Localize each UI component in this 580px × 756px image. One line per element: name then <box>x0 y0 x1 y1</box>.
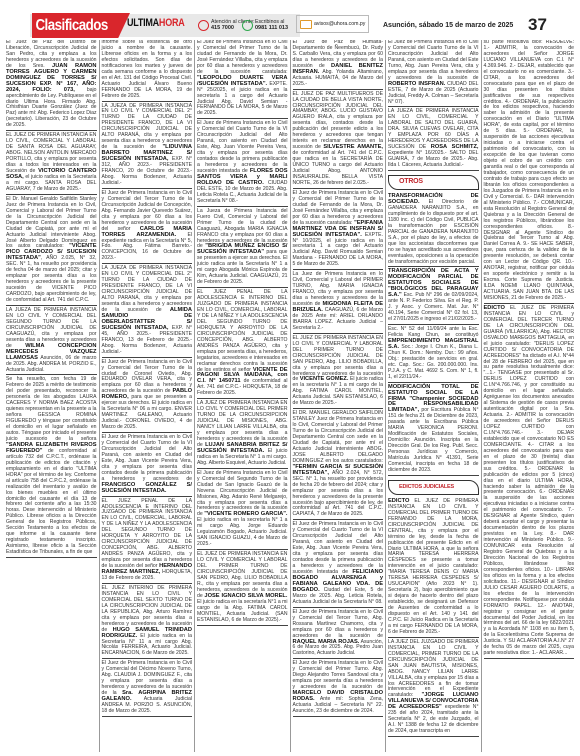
legal-notice: LA JUEZA DE PRIMERA INSTANCIA EN LO CIVI… <box>102 266 193 357</box>
legal-notice: El Juez de Primera Instancia en lo Civil… <box>102 360 193 433</box>
column-5: El Juez de Primera Instancia en lo Civil… <box>386 40 482 752</box>
notice-text: El Juez de Primera Instancia en lo Civil… <box>102 434 193 482</box>
legal-notice: El Juez de Paz de Humaitá- Departamento … <box>293 40 384 90</box>
notice-text: de conformidad al Art. 741 del C.P.C. qu… <box>293 150 384 186</box>
notice-text: Esc. Pub N° 296 de 02/09/2024, ante N. P… <box>388 292 479 322</box>
notice-text: EL JUEZ DE PRIMERA INSTANCIA EN LO CIVIL… <box>293 335 384 383</box>
legal-notice: EL JUEZ DE PRIMERA INSTANCIA EN LO CIVIL… <box>6 133 97 195</box>
legal-notice: La Jueza de Primera Instancia del Fuero … <box>197 209 288 288</box>
notice-text: EL JUEZ DE PAZ MULTIFUEROS DE LA CIUDAD … <box>293 91 384 151</box>
notice-text: El Juez de Primera Instancia en lo Civil… <box>388 40 479 81</box>
legal-notice: El Juez de Primera Instancia en lo Civil… <box>102 661 193 717</box>
dateline: Asunción, sábado 15 de marzo de 2025 <box>383 22 513 29</box>
legal-notice: El Juez de Primera Instancia en lo Civil… <box>388 40 479 107</box>
notice-text: El Juez de Primera Instancia en lo Civil… <box>293 609 384 639</box>
notice-text: EL JUEZ DE PRIMERA INSTANCIA EN LO CIVIL… <box>197 551 288 599</box>
legal-notice: su parte resolutiva dice: RESUELVE: 1.- … <box>484 40 575 304</box>
notice-text: EL JUEZ PENAL DE LA ADOLESCENCIA E INTER… <box>102 498 193 569</box>
column-6: su parte resolutiva dice: RESUELVE: 1.- … <box>482 40 577 752</box>
notice-text: Esc. N° 52 del 11/09/24 ante la Esc. Fel… <box>388 326 479 338</box>
legal-notice: LA JUEZA DE PRIMERA INSTANCIA EN LO CIVI… <box>6 308 97 375</box>
legal-notice: MODIFICACIÓN TOTAL DE ESTATUTO SOCIAL DE… <box>388 385 479 476</box>
notice-text: de conformidad al artículo 732 del C.P.C… <box>6 448 97 555</box>
notice-text: El DR. MANUEL GERALDO SAIFILDIN STANLEY … <box>293 410 384 464</box>
section-tag-edictos: EDICTOS JUDICIALES <box>388 480 479 495</box>
notice-text: , AÑO 2.025, N° 32, SEC. N° 1, ha resuel… <box>6 255 97 303</box>
notice-text: Se ha resuelto, con fecha 19 de Febrero … <box>6 376 97 442</box>
column-1: El Juez de Paz del Distrito de Liberació… <box>4 40 100 752</box>
legal-notice: EL JUEZ INTERINO DE PRIMERA INSTANCIA EN… <box>102 586 193 659</box>
page-header: Clasificados ULTIMAHORA Atención al clie… <box>0 0 580 38</box>
legal-notice: El Juez de Primera Instancia en lo Civil… <box>197 121 288 206</box>
notice-text: Expediente N° 16/2025.- SALTO DEL GUAIRÁ… <box>388 150 479 168</box>
notice-text: informe sobre la existencia de otro juic… <box>102 40 193 99</box>
legal-notice: El DR. MANUEL GERALDO SAIFILDIN STANLEY … <box>293 411 384 520</box>
section-banner: Clasificados <box>32 13 130 38</box>
legal-notice: LA JUEZA DE PRIMERA INSTANCIA EN LO CIVI… <box>388 109 479 171</box>
notice-text: EXPTE. N° 25/2025, el juicio radica en l… <box>197 81 288 117</box>
legal-notice: LA JUEZ DEL JUZGADO DE PRIMERA INSTANCIA… <box>388 640 479 737</box>
legal-notice: LA JUEZ DE PRIMERA INSTANCIA EN LO CIVIL… <box>197 401 288 468</box>
notice-text: para que se presenten a ejercer sus dere… <box>102 394 193 430</box>
legal-notice: El Juez de Primera Instancia en lo Civil… <box>293 610 384 660</box>
legal-notice: El Juez de Primera Instancia en lo Civil… <box>197 40 288 119</box>
classifieds-columns: El Juez de Paz del Distrito de Liberació… <box>4 40 576 752</box>
section-tag-label: OTROS <box>399 178 423 185</box>
notice-text: Soc.: Jorge I. Chun K., Diana L. Chun K.… <box>388 344 479 380</box>
notice-text: El Juez de Primera Instancia en lo Civil… <box>197 40 288 75</box>
notice-text: EXPTE. N° 10/2025, el juicio radica en l… <box>293 232 384 268</box>
mail-icon <box>300 20 312 29</box>
legal-notice: La Juez de Primera Instancia en lo Civil… <box>293 272 384 334</box>
legal-notice: EL JUEZ DE PAZ MULTIFUEROS DE LA CIUDAD … <box>293 92 384 189</box>
notice-text: El Directorio de GANADERA NARANJITO S.A.… <box>388 199 479 265</box>
notice-highlight: FRANCISCO GONZÁLEZ S/ SUCESIÓN INTESTADA… <box>102 482 193 494</box>
legal-notice: El Juez de Primera Instancia en lo Civil… <box>102 191 193 264</box>
legal-notice: EDICTO EL JUEZ DE PRIMERA INSTANCIA EN L… <box>388 499 479 638</box>
notice-text: El juicio radica en la secretaría N° 1 a… <box>197 517 288 547</box>
notice-text: por Escritura Pública N° 151 de fecha 21… <box>388 407 479 473</box>
legal-notice: EL JUEZ PENAL DE LA ADOLESCENCIA E INTER… <box>197 290 288 399</box>
whatsapp-contact: Escribinos al0981 111 013 <box>242 15 288 35</box>
phone-icon <box>198 20 209 31</box>
notice-text: bajo apercibimiento de Ley. Publíquese e… <box>6 87 97 129</box>
legal-notice: Se ha resuelto, con fecha 19 de Febrero … <box>6 377 97 558</box>
notice-text: para que se presenten a ejercer sus dere… <box>197 249 288 285</box>
legal-notice: El Juez de Primera Instancia en lo Civil… <box>293 191 384 270</box>
legal-notice: TRANSCRIPCIÓN DE ACTA Y MODIFICACIÓN PAR… <box>388 269 479 325</box>
notice-text: LA JUEZ DEL JUZGADO DE PRIMERA INSTANCIA… <box>388 639 479 699</box>
notice-text: LA JUEZ DE PRIMERA INSTANCIA EN LO CIVIL… <box>197 400 288 448</box>
legal-notice: informe sobre la existencia de otro juic… <box>102 40 193 102</box>
notice-text: EL JUEZ INTERINO DE PRIMERA INSTANCIA EN… <box>102 585 193 633</box>
section-tag-label: EDICTOS JUDICIALES <box>399 484 454 490</box>
notice-text: LA JUEZA DE PRIMERA INSTANCIA EN LO CIVI… <box>102 265 193 313</box>
legal-notice: El Juez de Primera Instancia en lo Civil… <box>197 471 288 550</box>
legal-notice: Esc. N° 52 del 11/09/24 ante la Esc. Fel… <box>388 327 479 383</box>
section-tag-otros: OTROS <box>388 175 479 190</box>
legal-notice: EL JUEZ PENAL DE LA ADOLESCENCIA E INTER… <box>102 499 193 584</box>
legal-notice: EL JUEZ DE PRIMERA INSTANCIA EN LO CIVIL… <box>197 552 288 625</box>
notice-text: EL JUEZ DE PRIMERA INSTANCIA EN LO CIVIL… <box>484 305 575 656</box>
whatsapp-icon <box>242 20 253 31</box>
legal-notice: EDICTO EL JUEZ DE PRIMERA INSTANCIA EN L… <box>484 306 575 659</box>
legal-notice: TRANSFORMACIÓN DE SOCIEDAD. El Directori… <box>388 194 479 267</box>
notice-text: LA JUEZA DE PRIMERA INSTANCIA EN LO CIVI… <box>102 103 193 151</box>
section-title: Clasificados <box>32 13 116 38</box>
email-contact[interactable]: avisos@uhora.com.py <box>296 15 369 33</box>
notice-text: El Juez de Primera Instancia en lo Civil… <box>293 521 384 575</box>
legal-notice: El Dr. Manuel Geraldo Saifildin Stanley … <box>6 197 97 306</box>
notice-text: El juicio radica en la secretaría N°1 a … <box>197 599 288 623</box>
notice-text: El Juez de Primera Instancia en lo Civil… <box>293 660 384 690</box>
notice-text: EL JUEZ DE PRIMERA INSTANCIA EN LO CIVIL… <box>388 498 479 635</box>
legal-notice: El Juez de Primera Instancia en lo Civil… <box>102 435 193 497</box>
notice-text: El Juez de Primera Instancia en lo Civil… <box>197 120 288 174</box>
column-3: El Juez de Primera Instancia en lo Civil… <box>195 40 291 752</box>
notice-text: El Dr. Manuel Geraldo Saifildin Stanley … <box>6 196 97 250</box>
notice-text: El Juez de Primera Instancia en lo Civil… <box>197 470 288 518</box>
notice-text: AÑO 2.024, N° 572, SEC. N° 1, ha resuelt… <box>293 470 384 518</box>
legal-notice: LA JUEZA DE PRIMERA INSTANCIA EN LO CIVI… <box>102 104 193 189</box>
column-4: El Juez de Paz de Humaitá- Departamento … <box>291 40 387 752</box>
legal-notice: EL JUEZ DE PRIMERA INSTANCIA EN LO CIVIL… <box>293 336 384 409</box>
column-2: informe sobre la existencia de otro juic… <box>100 40 196 752</box>
notice-text: su parte resolutiva dice: RESUELVE: 1.- … <box>484 40 575 301</box>
legal-notice: El Juez de Paz del Distrito de Liberació… <box>6 40 97 131</box>
notice-text: EL JUEZ PENAL DE LA ADOLESCENCIA E INTER… <box>197 289 288 372</box>
legal-notice: El Juez de Primera Instancia en lo Civil… <box>293 522 384 607</box>
legal-notice: El Juez de Primera Instancia en lo Civil… <box>293 661 384 717</box>
page-number: 37 <box>528 15 547 35</box>
newspaper-logo: ULTIMAHORA <box>127 17 185 29</box>
